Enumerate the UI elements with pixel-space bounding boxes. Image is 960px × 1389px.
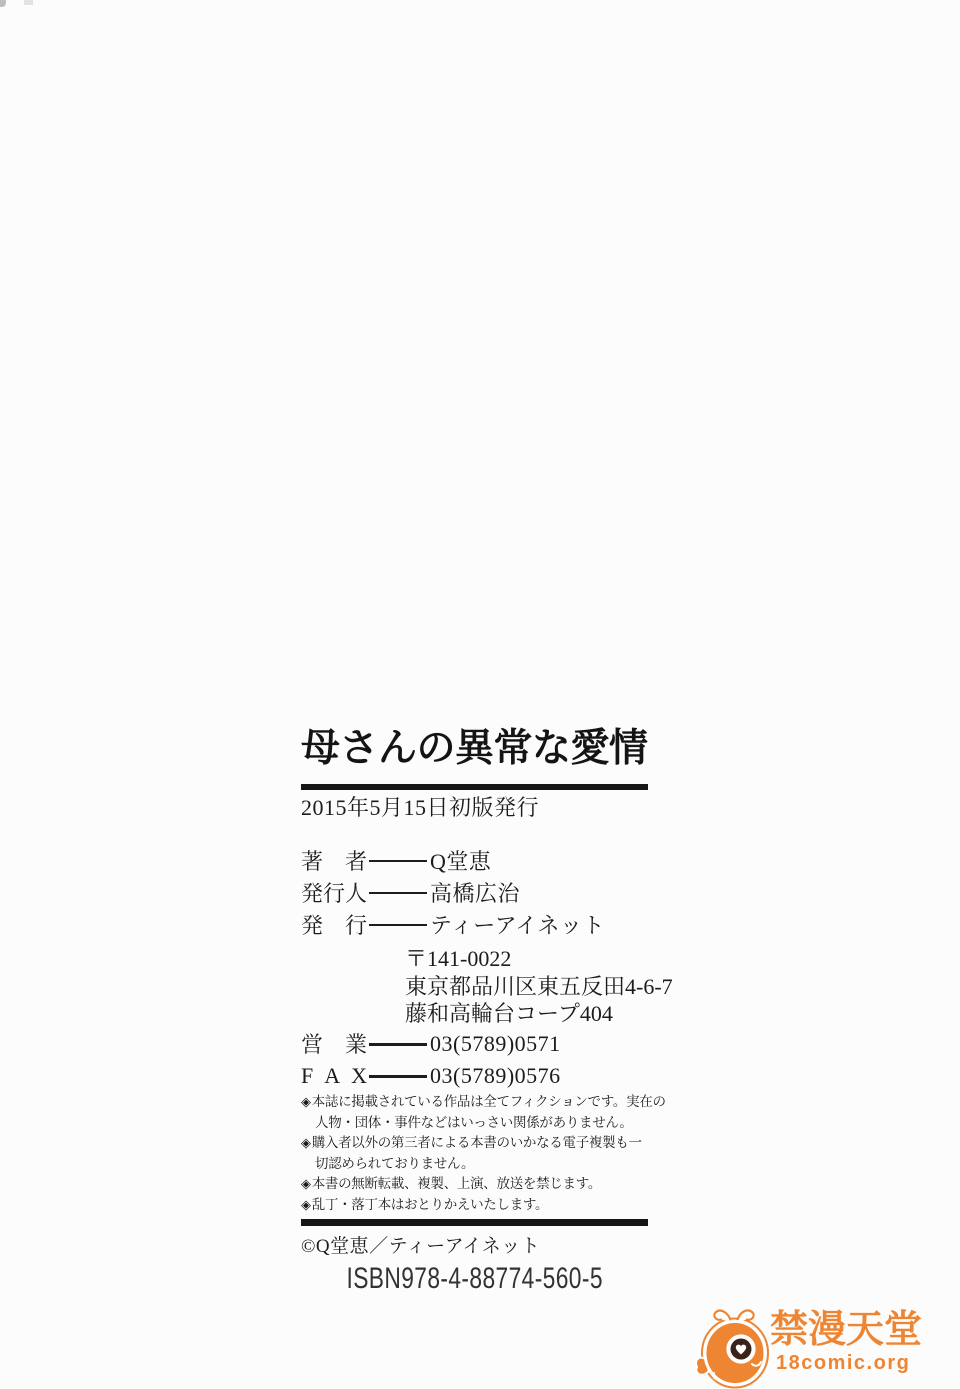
publication-rows: 著者 Q堂恵 発行人 高橋広治 発行 ティーアイネット <box>301 844 648 940</box>
whale-mascot-icon <box>694 1306 772 1389</box>
scan-speck <box>24 0 33 5</box>
publisher-label: 発行 <box>301 909 367 940</box>
legal-notices: ◈本誌に掲載されている作品は全てフィクションです。実在の 人物・団体・事件などは… <box>301 1092 648 1216</box>
edition-date: 2015年5月15日初版発行 <box>301 793 648 823</box>
author-label: 著者 <box>301 845 367 876</box>
sales-phone: 03(5789)0571 <box>430 1031 561 1057</box>
sales-label: 営業 <box>301 1028 367 1059</box>
issuer-label: 発行人 <box>301 877 367 908</box>
dash-connector <box>369 1043 427 1046</box>
diamond-bullet-icon: ◈ <box>301 1198 311 1213</box>
colophon-page: 母さんの異常な愛情 2015年5月15日初版発行 著者 Q堂恵 発行人 高橋広治… <box>0 0 960 1389</box>
fax-number: 03(5789)0576 <box>430 1063 561 1089</box>
issuer-value: 高橋広治 <box>430 877 520 908</box>
notice-text: 購入者以外の第三者による本書のいかなる電子複製も一 <box>312 1135 642 1150</box>
copyright-line: ©Q堂恵／ティーアイネット <box>301 1231 648 1258</box>
diamond-bullet-icon: ◈ <box>301 1136 311 1151</box>
author-value: Q堂恵 <box>430 845 491 876</box>
notice-line: 人物・団体・事件などはいっさい関係がありません。 <box>301 1113 648 1133</box>
publisher-row: 発行 ティーアイネット <box>301 908 648 940</box>
contact-rows: 営業 03(5789)0571 FAX 03(5789)0576 <box>301 1028 648 1092</box>
notice-line: ◈乱丁・落丁本はおとりかえいたします。 <box>301 1195 648 1216</box>
issuer-row: 発行人 高橋広治 <box>301 876 648 908</box>
diamond-bullet-icon: ◈ <box>301 1095 311 1110</box>
diamond-bullet-icon: ◈ <box>301 1177 311 1192</box>
sales-phone-row: 営業 03(5789)0571 <box>301 1028 648 1060</box>
book-title: 母さんの異常な愛情 <box>301 724 648 774</box>
fax-label: FAX <box>301 1063 367 1089</box>
watermark-site-url: 18comic.org <box>776 1352 910 1375</box>
notice-text: 本書の無断転載、複製、上演、放送を禁じます。 <box>312 1176 601 1191</box>
dash-connector <box>369 1075 427 1078</box>
isbn-wrap: ISBN978-4-88774-560-5 <box>301 1262 648 1296</box>
author-row: 著者 Q堂恵 <box>301 844 648 876</box>
notice-line: 切認められておりません。 <box>301 1154 648 1174</box>
scan-speck <box>0 0 6 7</box>
dash-connector <box>369 860 427 863</box>
address-line: 東京都品川区東五反田4-6-7 <box>405 973 648 1001</box>
bottom-rule <box>301 1219 648 1226</box>
notice-text: 切認められておりません。 <box>315 1156 474 1171</box>
notice-line: ◈購入者以外の第三者による本書のいかなる電子複製も一 <box>301 1133 648 1154</box>
publisher-address: 〒141-0022 東京都品川区東五反田4-6-7 藤和高輪台コープ404 <box>405 945 648 1028</box>
colophon-block: 母さんの異常な愛情 2015年5月15日初版発行 著者 Q堂恵 発行人 高橋広治… <box>301 724 648 1296</box>
notice-text: 人物・団体・事件などはいっさい関係がありません。 <box>315 1115 633 1130</box>
notice-line: ◈本誌に掲載されている作品は全てフィクションです。実在の <box>301 1092 648 1113</box>
title-rule <box>301 784 648 790</box>
site-watermark: 禁漫天堂 18comic.org <box>694 1304 960 1389</box>
dash-connector <box>369 924 427 927</box>
notice-text: 乱丁・落丁本はおとりかえいたします。 <box>312 1197 549 1212</box>
notice-line: ◈本書の無断転載、複製、上演、放送を禁じます。 <box>301 1174 648 1195</box>
address-line: 藤和高輪台コープ404 <box>405 1000 648 1028</box>
watermark-site-name: 禁漫天堂 <box>770 1310 922 1350</box>
fax-row: FAX 03(5789)0576 <box>301 1060 648 1092</box>
notice-text: 本誌に掲載されている作品は全てフィクションです。実在の <box>312 1094 666 1109</box>
postal-code: 〒141-0022 <box>405 945 648 973</box>
isbn-number: ISBN978-4-88774-560-5 <box>346 1262 602 1296</box>
publisher-value: ティーアイネット <box>430 909 605 940</box>
dash-connector <box>369 892 427 895</box>
